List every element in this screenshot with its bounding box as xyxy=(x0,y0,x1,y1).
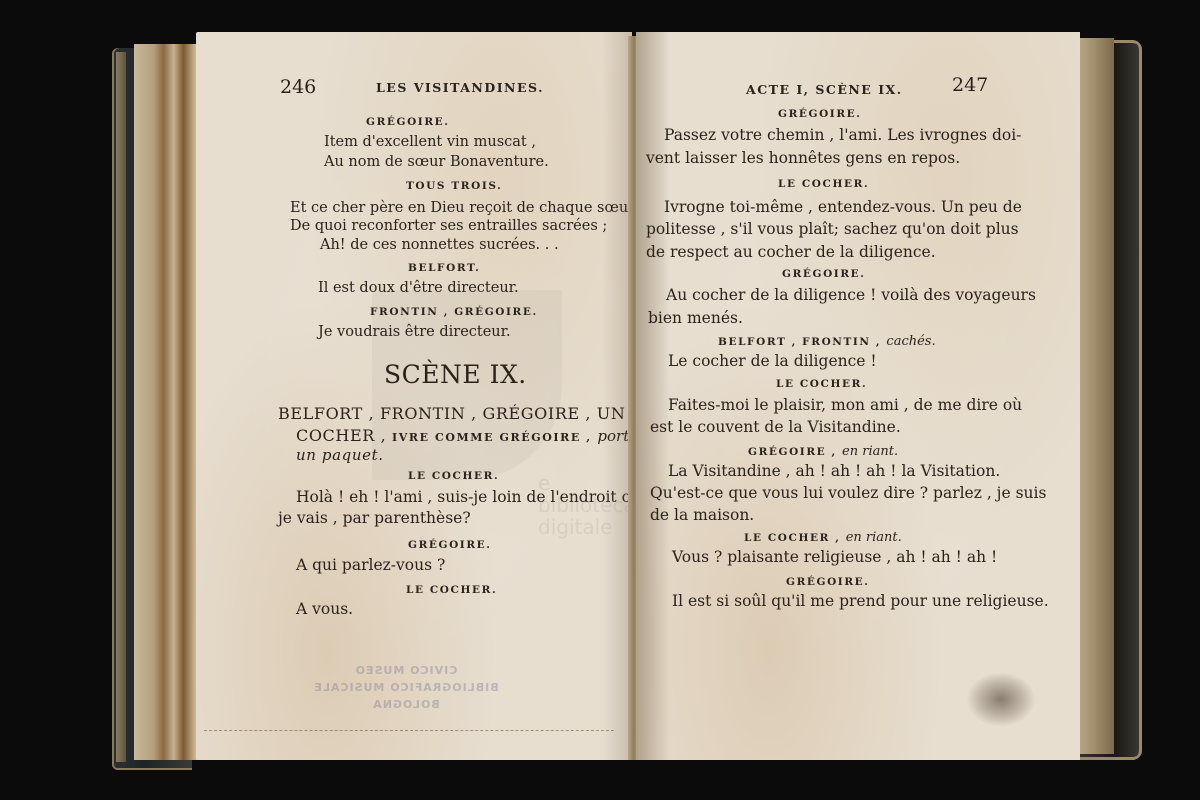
running-header: LES VISITANDINES. xyxy=(376,80,544,95)
dialogue-line: Qu'est-ce que vous lui voulez dire ? par… xyxy=(650,484,1046,502)
speaker-names: BELFORT , FRONTIN , xyxy=(718,336,881,348)
stamp-line: BOLOGNA xyxy=(296,696,516,713)
scene-title: SCÈNE IX. xyxy=(384,360,527,389)
speaker-names: GRÉGOIRE , xyxy=(748,446,837,458)
open-book: 246 LES VISITANDINES. GRÉGOIRE. Item d'e… xyxy=(0,0,1200,800)
digital-library-watermark: e biblioteca digitale xyxy=(538,472,636,538)
speaker-label: TOUS TROIS. xyxy=(406,180,502,192)
speaker-label: GRÉGOIRE. xyxy=(366,116,566,128)
stamp-line: BIBLIOGRAFICO MUSICALE xyxy=(296,679,516,696)
speaker-label: FRONTIN , GRÉGOIRE. xyxy=(370,306,538,318)
speaker-label: LE COCHER. xyxy=(778,178,869,190)
ink-stain xyxy=(966,672,1036,727)
dialogue-line: bien menés. xyxy=(648,309,743,327)
page-edge-stitching xyxy=(204,730,614,732)
right-page: ACTE I, SCÈNE IX. 247 GRÉGOIRE. Passez v… xyxy=(636,32,1080,760)
stage-direction: un paquet. xyxy=(296,446,384,464)
stage-direction: en riant. xyxy=(842,444,898,459)
dialogue-line: Passez votre chemin , l'ami. Les ivrogne… xyxy=(664,126,1021,144)
dialogue-line: La Visitandine , ah ! ah ! ah ! la Visit… xyxy=(668,462,1000,480)
verse-line: Et ce cher père en Dieu reçoit de chaque… xyxy=(290,200,635,216)
cast-main: COCHER , xyxy=(296,426,386,445)
left-page-block xyxy=(134,44,200,760)
stage-direction: en riant. xyxy=(846,530,902,545)
dialogue-line: est le couvent de la Visitandine. xyxy=(650,418,901,436)
speaker-label: GRÉGOIRE , en riant. xyxy=(748,444,898,459)
right-page-block xyxy=(1078,38,1114,754)
watermark-line: e biblioteca xyxy=(538,472,636,516)
dialogue-line: de la maison. xyxy=(650,506,754,524)
library-stamp-bleedthrough: CIVICO MUSEO BIBLIOGRAFICO MUSICALE BOLO… xyxy=(296,662,516,713)
dialogue-line: je vais , par parenthèse? xyxy=(278,509,471,527)
speaker-label: GRÉGOIRE. xyxy=(408,539,492,551)
speaker-label: GRÉGOIRE. xyxy=(782,268,866,280)
left-page: 246 LES VISITANDINES. GRÉGOIRE. Item d'e… xyxy=(196,32,632,760)
dialogue-line: Il est si soûl qu'il me prend pour une r… xyxy=(672,592,1049,610)
speaker-label: LE COCHER , en riant. xyxy=(744,530,902,545)
page-number: 246 xyxy=(280,76,316,98)
speaker-names: LE COCHER , xyxy=(744,532,840,544)
speaker-label: GRÉGOIRE. xyxy=(778,108,862,120)
speaker-label: LE COCHER. xyxy=(776,378,867,390)
speaker-label: LE COCHER. xyxy=(406,584,497,596)
speaker-label: GRÉGOIRE. xyxy=(786,576,870,588)
cast-line: COCHER , IVRE COMME GRÉGOIRE , portant xyxy=(296,426,654,445)
cast-smallcaps: IVRE COMME GRÉGOIRE , xyxy=(392,431,592,444)
dialogue-line: A vous. xyxy=(296,600,353,618)
watermark-line: digitale xyxy=(538,516,636,538)
dialogue-line: Ivrogne toi-même , entendez-vous. Un peu… xyxy=(664,198,1022,216)
dialogue-line: de respect au cocher de la diligence. xyxy=(646,243,936,261)
dialogue-line: vent laisser les honnêtes gens en repos. xyxy=(646,149,960,167)
speaker-label: LE COCHER. xyxy=(408,470,499,482)
left-cover-edge xyxy=(116,52,126,762)
dialogue-line: Au cocher de la diligence ! voilà des vo… xyxy=(666,286,1036,304)
verse-line: Au nom de sœur Bonaventure. xyxy=(324,154,549,170)
verse-line: Item d'excellent vin muscat , xyxy=(324,134,536,150)
dialogue-line: Faites-moi le plaisir, mon ami , de me d… xyxy=(668,396,1022,414)
running-header: ACTE I, SCÈNE IX. xyxy=(746,82,903,97)
cast-line: BELFORT , FRONTIN , GRÉGOIRE , UN xyxy=(278,404,626,423)
dialogue-line: politesse , s'il vous plaît; sachez qu'o… xyxy=(646,220,1019,238)
page-number: 247 xyxy=(952,74,988,96)
dialogue-line: Le cocher de la diligence ! xyxy=(668,352,877,370)
verse-line: Ah! de ces nonnettes sucrées. . . xyxy=(320,237,559,253)
stamp-line: CIVICO MUSEO xyxy=(296,662,516,679)
stage-direction: cachés. xyxy=(886,334,935,349)
verse-line: Il est doux d'être directeur. xyxy=(318,280,519,296)
dialogue-line: A qui parlez-vous ? xyxy=(296,556,445,574)
dialogue-line: Vous ? plaisante religieuse , ah ! ah ! … xyxy=(672,548,997,566)
verse-line: De quoi reconforter ses entrailles sacré… xyxy=(290,218,607,234)
speaker-label: BELFORT. xyxy=(408,262,480,274)
speaker-label: BELFORT , FRONTIN , cachés. xyxy=(718,334,936,349)
verse-line: Je voudrais être directeur. xyxy=(318,324,511,340)
